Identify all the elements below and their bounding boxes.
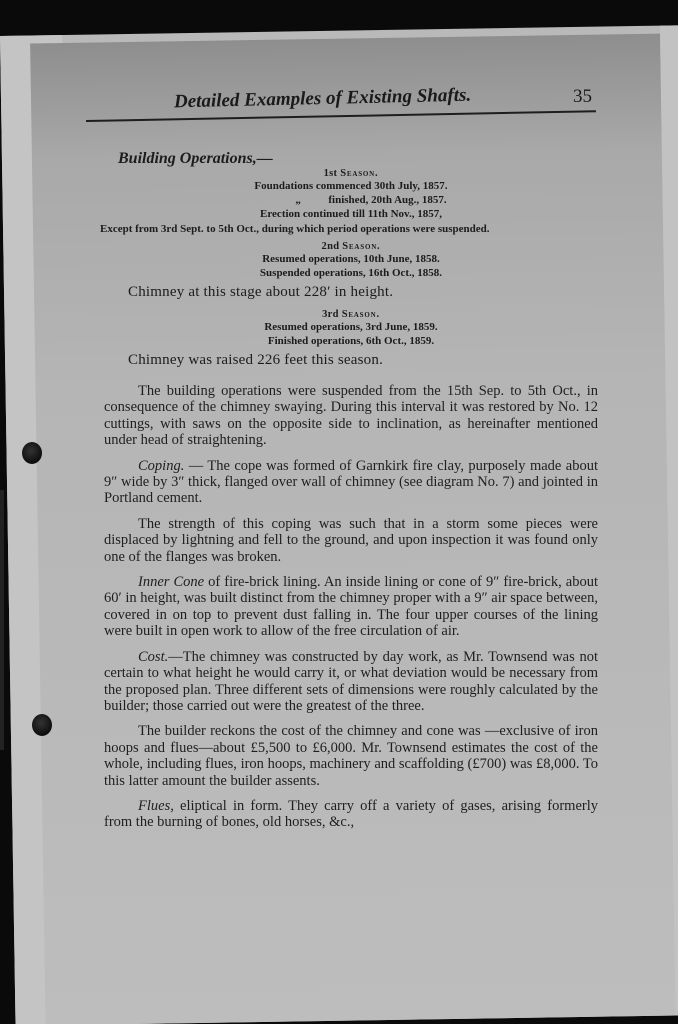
paragraph-lead: Flues, — [138, 798, 174, 814]
season-number: 1st — [324, 168, 338, 179]
season-word: Season. — [340, 168, 378, 179]
season-line: Resumed operations, 10th June, 1858. — [104, 252, 598, 266]
paragraph-cost-estimate: The builder reckons the cost of the chim… — [104, 723, 598, 789]
season-number: 3rd — [322, 309, 339, 320]
paragraph-lead: Inner Cone — [138, 574, 204, 590]
paragraph-cost: Cost.—The chimney was constructed by day… — [104, 649, 598, 715]
season-block: 3rd Season. Resumed operations, 3rd June… — [104, 309, 598, 369]
paragraph-suspension: The building operations were suspended f… — [104, 383, 598, 449]
page-number: 35 — [573, 86, 592, 108]
season-line: Erection continued till 11th Nov., 1857, — [104, 207, 598, 221]
page-body: Building Operations,— 1st Season. Founda… — [104, 150, 598, 840]
page-header: Detailed Examples of Existing Shafts. 35 — [86, 82, 594, 130]
section-heading: Building Operations,— — [118, 150, 598, 168]
book-page: Detailed Examples of Existing Shafts. 35… — [0, 0, 678, 1024]
paragraph-text: The building operations were suspended f… — [104, 383, 598, 448]
season-note: Except from 3rd Sept. to 5th Oct., durin… — [100, 223, 598, 235]
season-line: Foundations commenced 30th July, 1857. — [104, 179, 598, 193]
season-summary: Chimney at this stage about 228′ in heig… — [128, 284, 598, 301]
paragraph-text: The builder reckons the cost of the chim… — [104, 723, 598, 788]
paragraph-inner-cone: Inner Cone of fire-brick lining. An insi… — [104, 574, 598, 640]
season-title: 2nd Season. — [104, 241, 598, 252]
season-block: 1st Season. Foundations commenced 30th J… — [104, 168, 598, 235]
paragraph-text: —The chimney was constructed by day work… — [104, 649, 598, 714]
paragraph-lead: Coping. — [138, 458, 184, 474]
season-block: 2nd Season. Resumed operations, 10th Jun… — [104, 241, 598, 301]
paragraph-flues: Flues, eliptical in form. They carry off… — [104, 798, 598, 831]
paragraph-coping-strength: The strength of this coping was such tha… — [104, 516, 598, 565]
season-title: 3rd Season. — [104, 309, 598, 320]
paragraph-text: The strength of this coping was such tha… — [104, 516, 598, 565]
paragraph-coping: Coping. — The cope was formed of Garnkir… — [104, 458, 598, 507]
season-word: Season. — [342, 309, 380, 320]
paragraph-lead: Cost. — [138, 649, 168, 665]
season-line: „ finished, 20th Aug., 1857. — [104, 193, 598, 207]
season-line: Finished operations, 6th Oct., 1859. — [104, 334, 598, 348]
running-title: Detailed Examples of Existing Shafts. — [174, 85, 472, 114]
header-rule — [86, 110, 596, 122]
season-line: Suspended operations, 16th Oct., 1858. — [104, 266, 598, 280]
season-number: 2nd — [322, 241, 340, 252]
paragraph-text: eliptical in form. They carry off a vari… — [104, 798, 598, 830]
season-word: Season. — [342, 241, 380, 252]
season-summary: Chimney was raised 226 feet this season. — [128, 352, 598, 369]
season-line: Resumed operations, 3rd June, 1859. — [104, 320, 598, 334]
season-title: 1st Season. — [104, 168, 598, 179]
